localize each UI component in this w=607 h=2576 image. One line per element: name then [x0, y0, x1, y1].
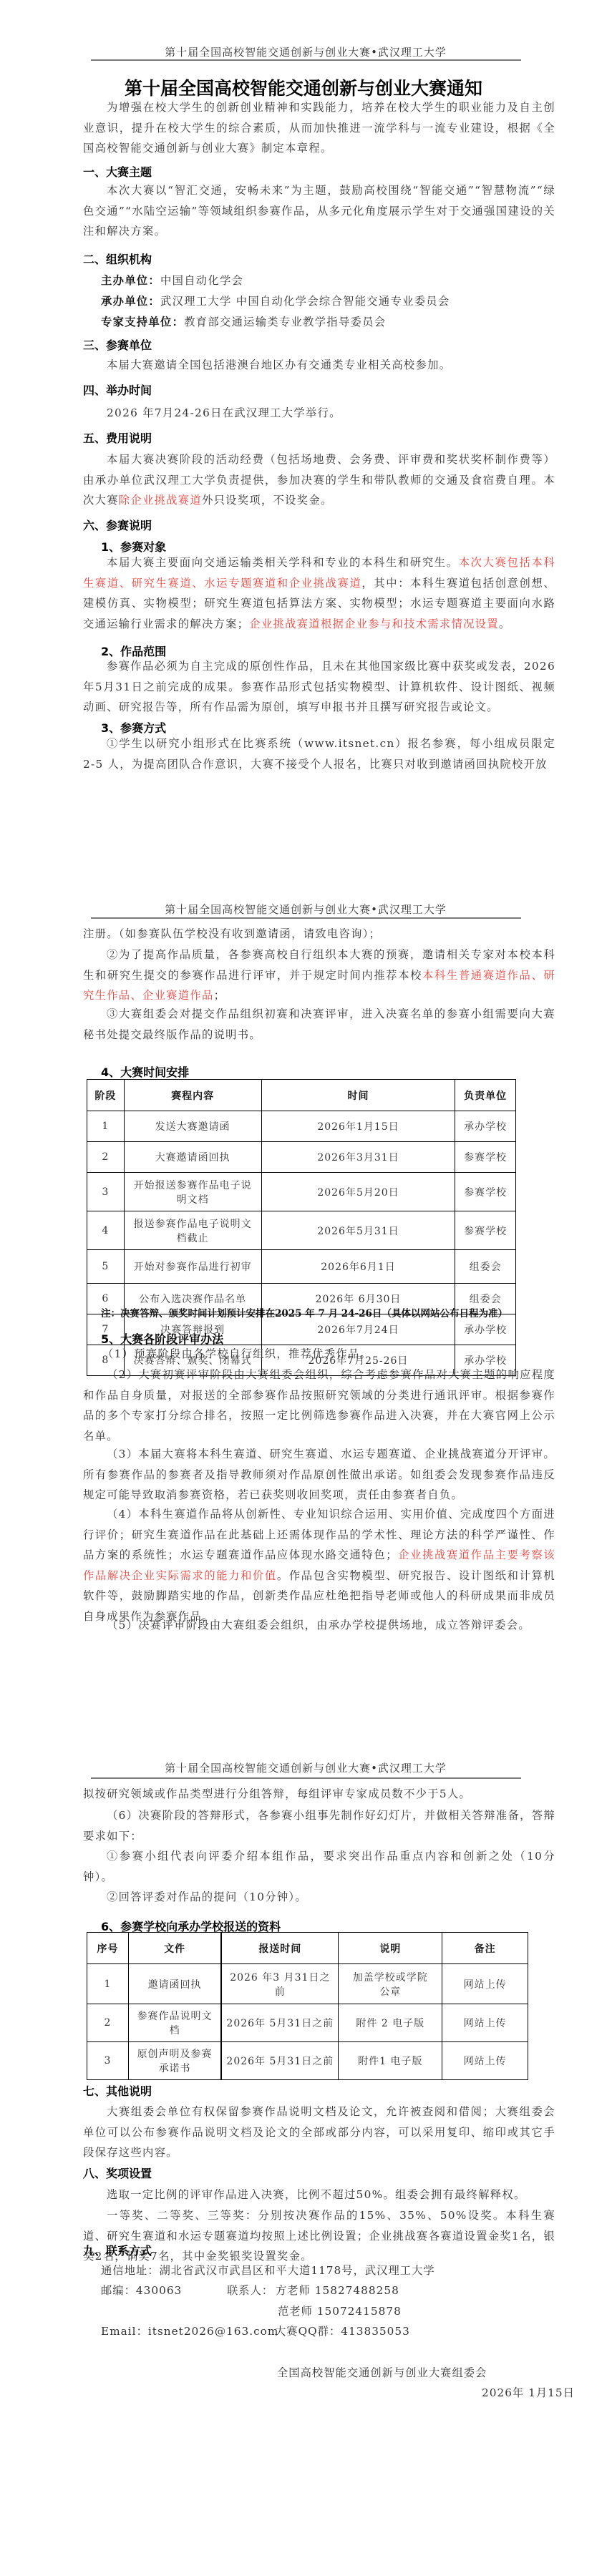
cell-stage: 2 — [87, 1142, 125, 1173]
scope-paragraph: 参赛作品必须为自主完成的原创性作品，且未在其他国家级比赛中获奖或发表，2026年… — [83, 656, 555, 718]
cell-time: 2026年3月31日 — [261, 1142, 455, 1173]
col-header-owner: 负责单位 — [455, 1080, 516, 1111]
cell-content: 大赛邀请函回执 — [124, 1142, 261, 1173]
section-heading-awards: 八、奖项设置 — [83, 2165, 152, 2181]
section-heading-fees: 五、费用说明 — [83, 429, 152, 446]
cell-owner: 参赛学校 — [455, 1211, 516, 1250]
col-header-description: 说明 — [339, 1933, 442, 1964]
cell-description: 附件1 电子版 — [339, 2042, 442, 2080]
time-paragraph: 2026 年7月24-26日在武汉理工大学举行。 — [83, 403, 555, 424]
cell-time: 2026年6月1日 — [261, 1250, 455, 1284]
other-paragraph: 大赛组委会单位有权保留参赛作品说明文档及论文，允许被查阅和借阅；大赛组委会单位可… — [83, 2102, 555, 2163]
cell-remark: 网站上传 — [442, 2042, 528, 2080]
header-rule — [91, 1777, 521, 1779]
cell-stage: 1 — [87, 1111, 125, 1142]
review-p3: （3）本届大赛将本科生赛道、研究生赛道、水运专题赛道、企业挑战赛道分开评审。所有… — [83, 1444, 555, 1506]
method-item-2: ②为了提高作品质量，各参赛高校自行组织本大赛的预赛，邀请相关专家对本校本科生和研… — [83, 945, 555, 1006]
schedule-header-row: 阶段 赛程内容 时间 负责单位 — [87, 1080, 516, 1111]
section-heading-other: 七、其他说明 — [83, 2082, 152, 2099]
col-header-remark: 备注 — [442, 1933, 528, 1964]
table-row: 4 报送参赛作品电子说明文档截止 2026年5月31日 参赛学校 — [87, 1211, 516, 1250]
fees-paragraph: 本届大赛决赛阶段的活动经费（包括场地费、会务费、评审费和奖状奖杯制作费等）由承办… — [83, 449, 555, 511]
cell-content: 报送参赛作品电子说明文档截止 — [124, 1211, 261, 1250]
contact-address: 通信地址：湖北省武汉市武昌区和平大道1178号，武汉理工大学 — [101, 2262, 435, 2278]
col-header-no: 序号 — [87, 1933, 129, 1964]
contact-qq-group: 大赛QQ群：413835053 — [275, 2323, 410, 2338]
cell-time: 2026年5月31日 — [261, 1211, 455, 1250]
cell-content: 开始报送参赛作品电子说明文档 — [124, 1173, 261, 1211]
running-header: 第十届全国高校智能交通创新与创业大赛•武汉理工大学 — [91, 1760, 520, 1775]
running-header: 第十届全国高校智能交通创新与创业大赛•武汉理工大学 — [91, 902, 520, 917]
org-host-label: 主办单位： — [101, 274, 160, 287]
contact-postcode: 邮编：430063 — [101, 2282, 182, 2298]
cell-deadline: 2026 年3 月31日之前 — [221, 1964, 339, 2004]
cell-content: 发送大赛邀请函 — [124, 1111, 261, 1142]
org-organizer: 承办单位：武汉理工大学 中国自动化学会综合智能交通专业委员会 — [101, 293, 450, 308]
fees-highlight: 除企业挑战赛道 — [119, 494, 202, 507]
submission-header-row: 序号 文件 报送时间 说明 备注 — [87, 1933, 528, 1964]
cell-time: 2026年1月15日 — [261, 1111, 455, 1142]
cell-no: 1 — [87, 1964, 129, 2004]
running-header: 第十届全国高校智能交通创新与创业大赛•武汉理工大学 — [91, 44, 520, 59]
cell-no: 2 — [87, 2004, 129, 2042]
review-p1: （1）预赛阶段由各学校自行组织，推荐优秀作品。 — [102, 1344, 555, 1365]
tracks-text-end: 。 — [499, 618, 511, 630]
section-heading-theme: 一、大赛主题 — [83, 163, 152, 180]
section-heading-rules: 六、参赛说明 — [83, 517, 152, 533]
document-title: 第十届全国高校智能交通创新与创业大赛通知 — [0, 74, 607, 100]
section-heading-time: 四、举办时间 — [83, 381, 152, 398]
table-row: 1 邀请函回执 2026 年3 月31日之前 加盖学校或学院公章 网站上传 — [87, 1964, 528, 2004]
header-rule — [91, 917, 521, 919]
cell-owner: 组委会 — [455, 1250, 516, 1284]
org-organizer-label: 承办单位： — [101, 295, 160, 308]
enterprise-track-highlight: 企业挑战赛道根据企业参与和技术需求情况设置 — [249, 618, 499, 630]
org-host: 主办单位：中国自动化学会 — [101, 272, 243, 288]
col-header-deadline: 报送时间 — [221, 1933, 339, 1964]
org-expert-support: 专家支持单位：教育部交通运输类专业教学指导委员会 — [101, 313, 386, 329]
signature-date: 2026年 1月15日 — [482, 2384, 575, 2400]
page-3: 第十届全国高校智能交通创新与创业大赛•武汉理工大学 拟按研究领域或作品类型进行分… — [0, 1689, 607, 2576]
cell-remark: 网站上传 — [442, 1964, 528, 2004]
contact-person-label: 联系人： — [227, 2282, 273, 2298]
theme-paragraph: 本次大赛以“智汇交通，安畅未来”为主题，鼓励高校围绕“智能交通”“智慧物流”“绿… — [83, 180, 555, 242]
cell-file: 邀请函回执 — [128, 1964, 221, 2004]
schedule-note: 注：决赛答辩、颁奖时间计划预计安排在2025 年 7 月 24-26日（具体以网… — [101, 1305, 508, 1319]
cell-deadline: 2026年 5月31日之前 — [221, 2004, 339, 2042]
cell-time: 2026年5月20日 — [261, 1173, 455, 1211]
cell-file: 参赛作品说明文档 — [128, 2004, 221, 2042]
contact-person-1: 方老师 15827488258 — [276, 2282, 399, 2298]
review-p2: （2）大赛初赛评审阶段由大赛组委会组织，综合考虑参赛作品对大赛主题的响应程度和作… — [83, 1365, 555, 1446]
section-heading-contact: 九、联系方式 — [83, 2242, 152, 2258]
awards-p1: 选取一定比例的评审作品进入决赛，比例不超过50%。组委会拥有最终解释权。 — [83, 2185, 555, 2205]
table-row: 5 开始对参赛作品进行初审 2026年6月1日 组委会 — [87, 1250, 516, 1284]
review-p5-continued: 拟按研究领域或作品类型进行分组答辩，每组评审专家成员数不少于5人。 — [83, 1784, 555, 1805]
cell-owner: 参赛学校 — [455, 1142, 516, 1173]
review-p6-item-2: ②回答评委对作品的提问（10分钟）。 — [83, 1887, 555, 1908]
fees-text-end: 外只设奖项，不设奖金。 — [202, 494, 333, 507]
contact-person-2: 范老师 15072415878 — [278, 2303, 402, 2318]
intro-paragraph: 为增强在校大学生的创新创业精神和实践能力，培养在校大学生的职业能力及自主创业意识… — [83, 97, 555, 159]
cell-deadline: 2026年 5月31日之前 — [221, 2042, 339, 2080]
contact-email[interactable]: Email：itsnet2026@163.com — [101, 2323, 278, 2338]
col-header-file: 文件 — [128, 1933, 221, 1964]
cell-stage: 5 — [87, 1250, 125, 1284]
cell-owner: 参赛学校 — [455, 1173, 516, 1211]
col-header-stage: 阶段 — [87, 1080, 125, 1111]
signature-org: 全国高校智能交通创新与创业大赛组委会 — [277, 2364, 487, 2380]
table-row: 3 开始报送参赛作品电子说明文档 2026年5月20日 参赛学校 — [87, 1173, 516, 1211]
cell-remark: 网站上传 — [442, 2004, 528, 2042]
section-heading-organization: 二、组织机构 — [83, 250, 152, 267]
review-p5: （5）决赛评审阶段由大赛组委会组织，由承办学校提供场地，成立答辩评委会。 — [83, 1615, 555, 1636]
org-expert-label: 专家支持单位： — [101, 316, 184, 328]
col-header-time: 时间 — [261, 1080, 455, 1111]
org-expert-value: 教育部交通运输类专业教学指导委员会 — [184, 316, 386, 328]
header-rule — [91, 59, 521, 61]
method-item-2-end: ； — [214, 989, 226, 1002]
page-2: 第十届全国高校智能交通创新与创业大赛•武汉理工大学 注册。（如参赛队伍学校没有收… — [0, 830, 607, 1689]
col-header-content: 赛程内容 — [124, 1080, 261, 1111]
section-heading-participants: 三、参赛单位 — [83, 336, 152, 353]
review-p4: （4）本科生赛道作品将从创新性、专业知识综合运用、实用价值、完成度四个方面进行评… — [83, 1504, 555, 1626]
awards-p2: 一等奖、二等奖、三等奖：分别按决赛作品的15%、35%、50%设奖。本科生赛道、… — [83, 2205, 555, 2267]
participants-detail-paragraph: 本届大赛主要面向交通运输类相关学科和专业的本科生和研究生。本次大赛包括本科生赛道… — [83, 552, 555, 634]
org-organizer-value: 武汉理工大学 中国自动化学会综合智能交通专业委员会 — [160, 295, 450, 308]
table-row: 1 发送大赛邀请函 2026年1月15日 承办学校 — [87, 1111, 516, 1142]
cell-stage: 3 — [87, 1173, 125, 1211]
table-row: 2 大赛邀请函回执 2026年3月31日 参赛学校 — [87, 1142, 516, 1173]
table-row: 2 参赛作品说明文档 2026年 5月31日之前 附件 2 电子版 网站上传 — [87, 2004, 528, 2042]
page-1: 第十届全国高校智能交通创新与创业大赛•武汉理工大学 第十届全国高校智能交通创新与… — [0, 0, 607, 830]
cell-owner: 承办学校 — [455, 1111, 516, 1142]
cell-description: 附件 2 电子版 — [339, 2004, 442, 2042]
cell-stage: 4 — [87, 1211, 125, 1250]
table-row: 3 原创声明及参赛承诺书 2026年 5月31日之前 附件1 电子版 网站上传 — [87, 2042, 528, 2080]
review-p6-item-1: ①参赛小组代表向评委介绍本组作品，要求突出作品重点内容和创新之处（10分钟）。 — [83, 1846, 555, 1887]
review-p6: （6）决赛阶段的答辩形式，各参赛小组事先制作好幻灯片，并做相关答辩准备，答辩要求… — [83, 1805, 555, 1846]
method-item-1: ①学生以研究小组形式在比赛系统（www.itsnet.cn）报名参赛，每小组成员… — [83, 733, 555, 774]
cell-description: 加盖学校或学院公章 — [339, 1964, 442, 2004]
cell-content: 开始对参赛作品进行初审 — [124, 1250, 261, 1284]
method-item-3: ③大赛组委会对提交作品组织初赛和决赛评审，进入决赛名单的参赛小组需要向大赛秘书处… — [83, 1004, 555, 1045]
cell-no: 3 — [87, 2042, 129, 2080]
method-item-1-continued: 注册。（如参赛队伍学校没有收到邀请函，请致电咨询）； — [83, 924, 555, 945]
cell-file: 原创声明及参赛承诺书 — [128, 2042, 221, 2080]
participants-paragraph: 本届大赛邀请全国包括港澳台地区办有交通类专业相关高校参加。 — [83, 355, 555, 376]
subheading-schedule: 4、大赛时间安排 — [101, 1063, 189, 1080]
org-host-value: 中国自动化学会 — [160, 274, 243, 287]
submission-table: 序号 文件 报送时间 说明 备注 1 邀请函回执 2026 年3 月31日之前 … — [87, 1932, 528, 2080]
participants-text: 本届大赛主要面向交通运输类相关学科和专业的本科生和研究生。 — [107, 556, 459, 569]
